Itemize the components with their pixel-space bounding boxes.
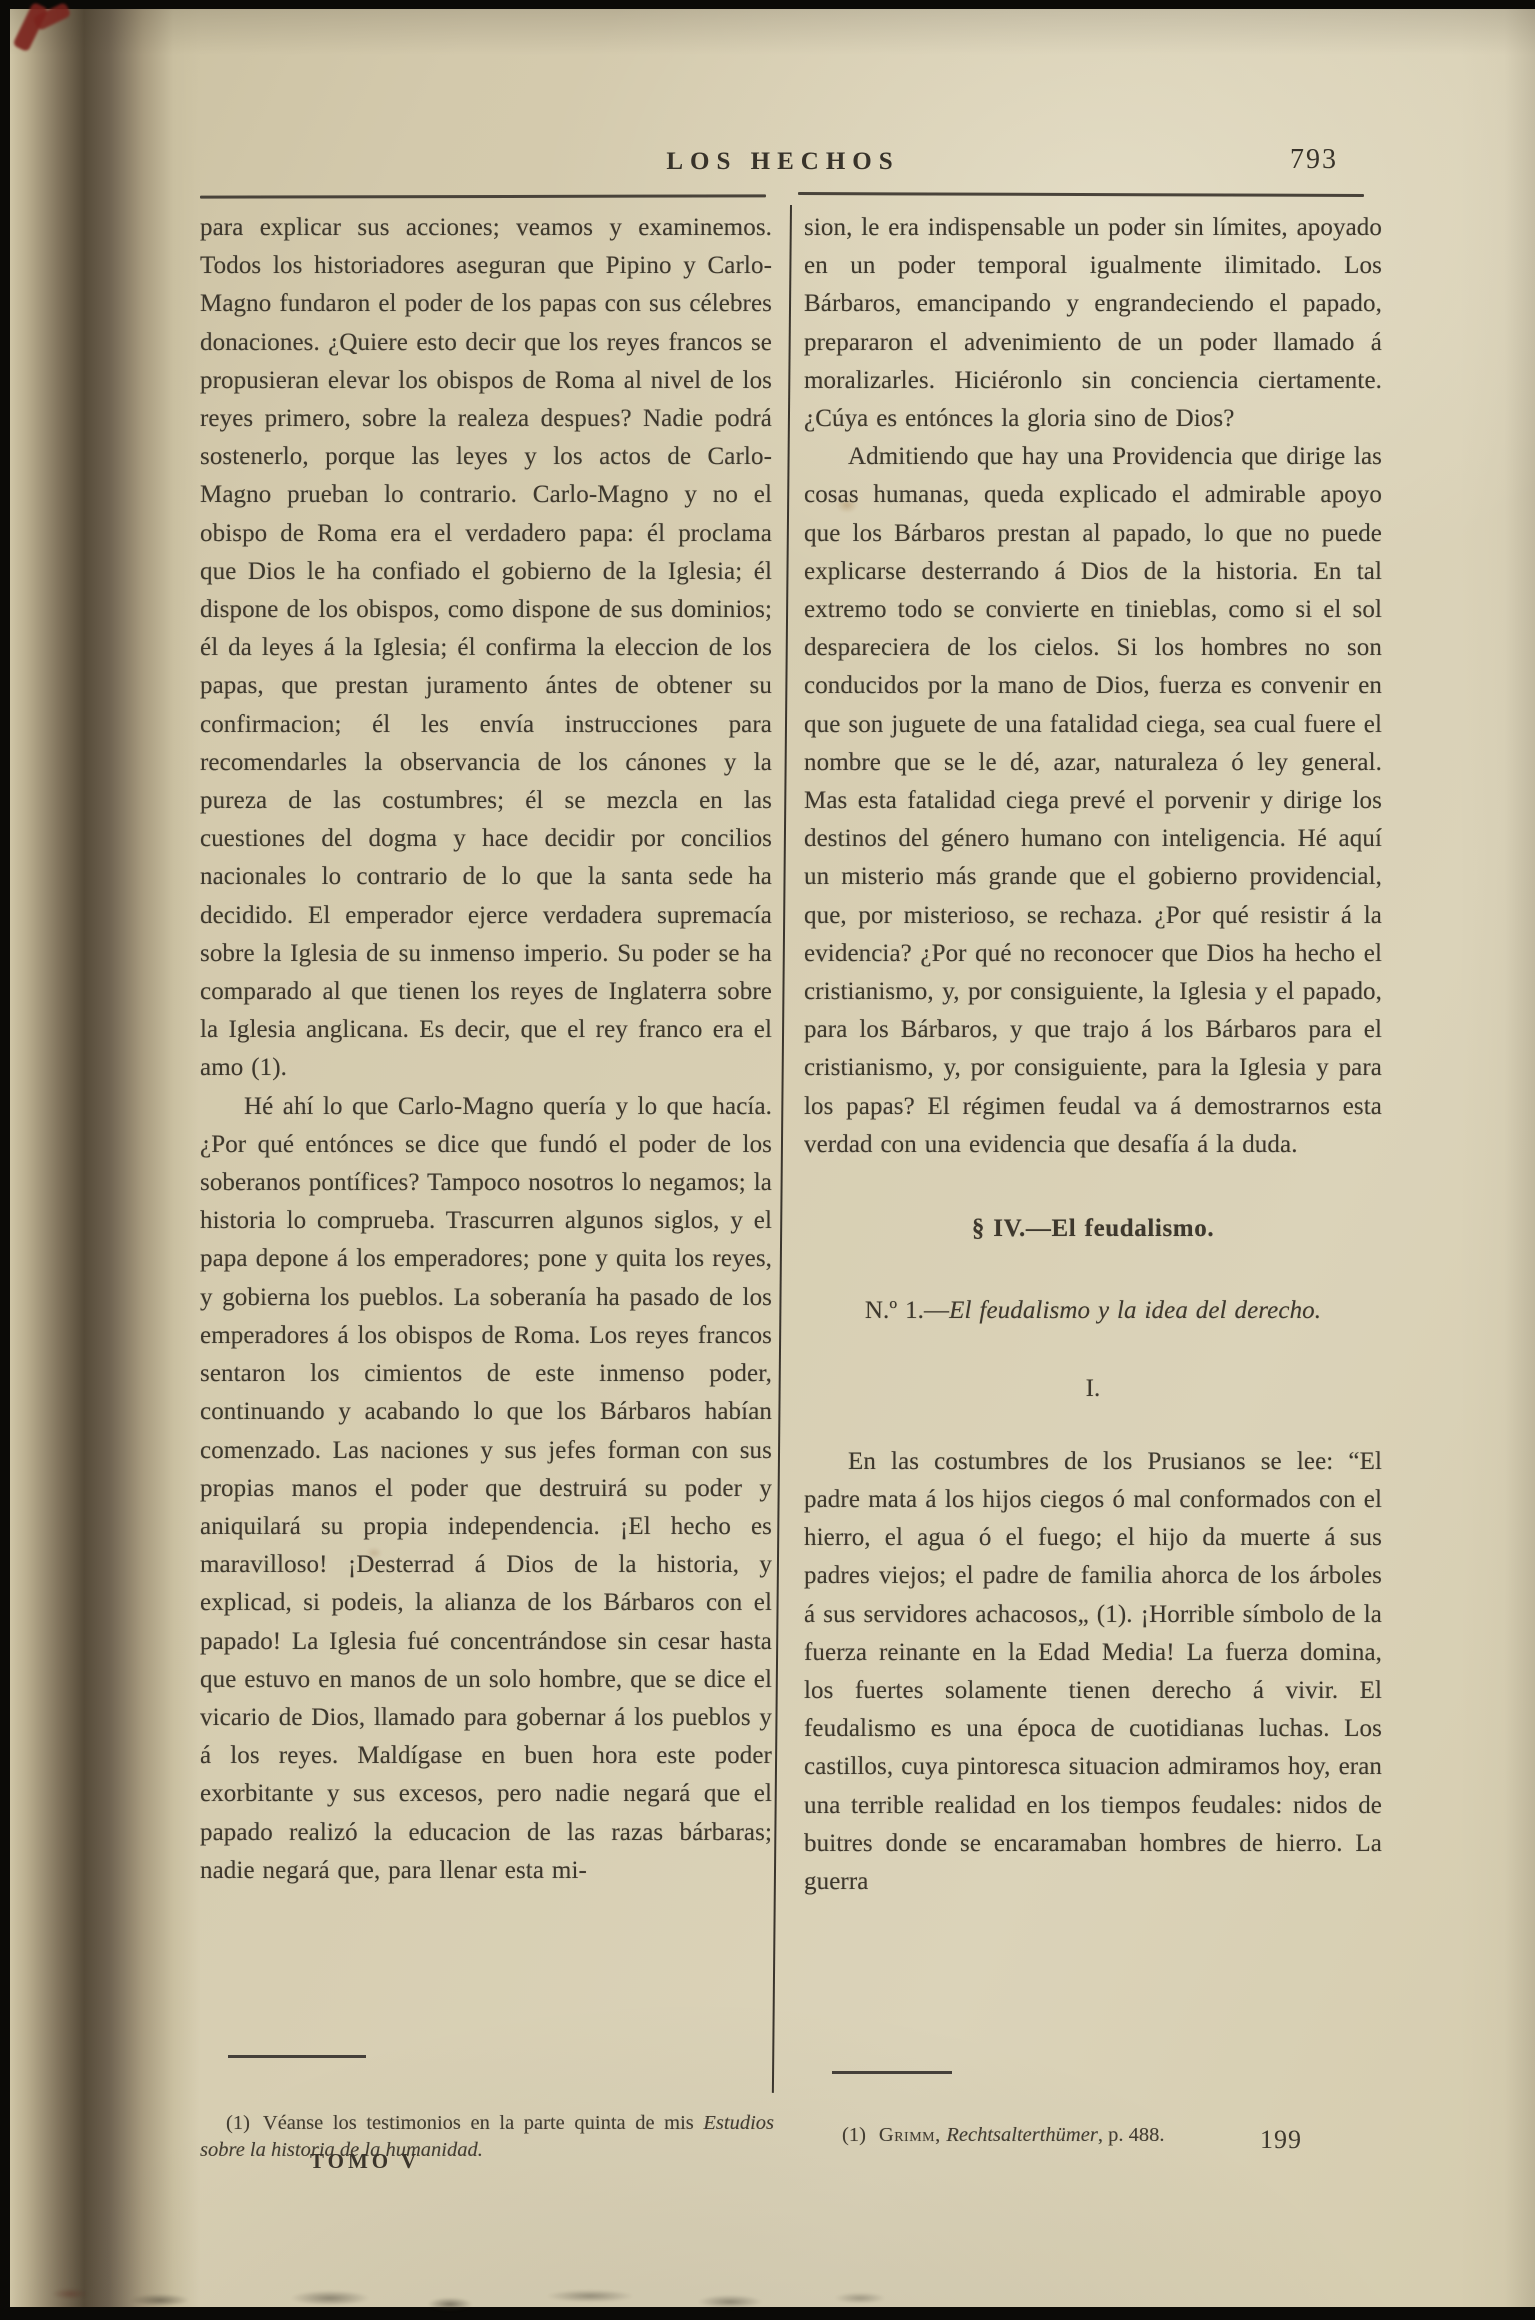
- book-gutter-shadow: [10, 9, 200, 2307]
- scanned-book-page: LOS HECHOS 793 para explicar sus accione…: [10, 9, 1535, 2307]
- subsection-heading: N.º 1.—El feudalismo y la idea del derec…: [804, 1292, 1382, 1330]
- paragraph: Hé ahí lo que Carlo-Magno quería y lo qu…: [200, 1088, 772, 1890]
- footnote-rule-right: [832, 2071, 952, 2074]
- subsection-title: El feudalismo y la idea del derecho.: [949, 1297, 1321, 1324]
- footnote-work-title: Rechtsalterthümer: [946, 2124, 1097, 2146]
- subsection-number: N.º 1.—: [865, 1297, 949, 1324]
- footnote-author: Grimm,: [879, 2124, 946, 2146]
- header-rule-right: [798, 192, 1364, 196]
- page-number: 793: [1290, 144, 1338, 176]
- volume-label: TOMO V: [310, 2149, 420, 2174]
- footnote-rule-left: [228, 2055, 366, 2058]
- paragraph: Admitiendo que hay una Providencia que d…: [804, 438, 1382, 1164]
- part-numeral: I.: [804, 1370, 1382, 1408]
- column-divider-line: [772, 205, 793, 2093]
- paragraph-continuation: sion, le era indispensable un poder sin …: [804, 209, 1382, 438]
- footnote-text: Véanse los testimonios en la parte quint…: [263, 2112, 703, 2134]
- signature-mark: 199: [1260, 2125, 1302, 2155]
- header-rule-left: [200, 194, 766, 198]
- right-text-column: sion, le era indispensable un poder sin …: [804, 209, 1382, 2065]
- scan-smudges: [10, 2275, 1535, 2317]
- paragraph: En las costumbres de los Prusianos se le…: [804, 1443, 1382, 1901]
- footnote-marker: (1): [842, 2124, 866, 2146]
- footnote-left: (1)Véanse los testimonios en la parte qu…: [200, 2110, 774, 2165]
- running-header-title: LOS HECHOS: [200, 148, 1366, 176]
- footnote-page-ref: , p. 488.: [1098, 2124, 1165, 2146]
- section-heading: § IV.—El feudalismo.: [804, 1210, 1382, 1248]
- paragraph-continuation: para explicar sus acciones; veamos y exa…: [200, 209, 772, 1088]
- left-text-column: para explicar sus acciones; veamos y exa…: [200, 209, 772, 2049]
- footnote-marker: (1): [226, 2112, 250, 2134]
